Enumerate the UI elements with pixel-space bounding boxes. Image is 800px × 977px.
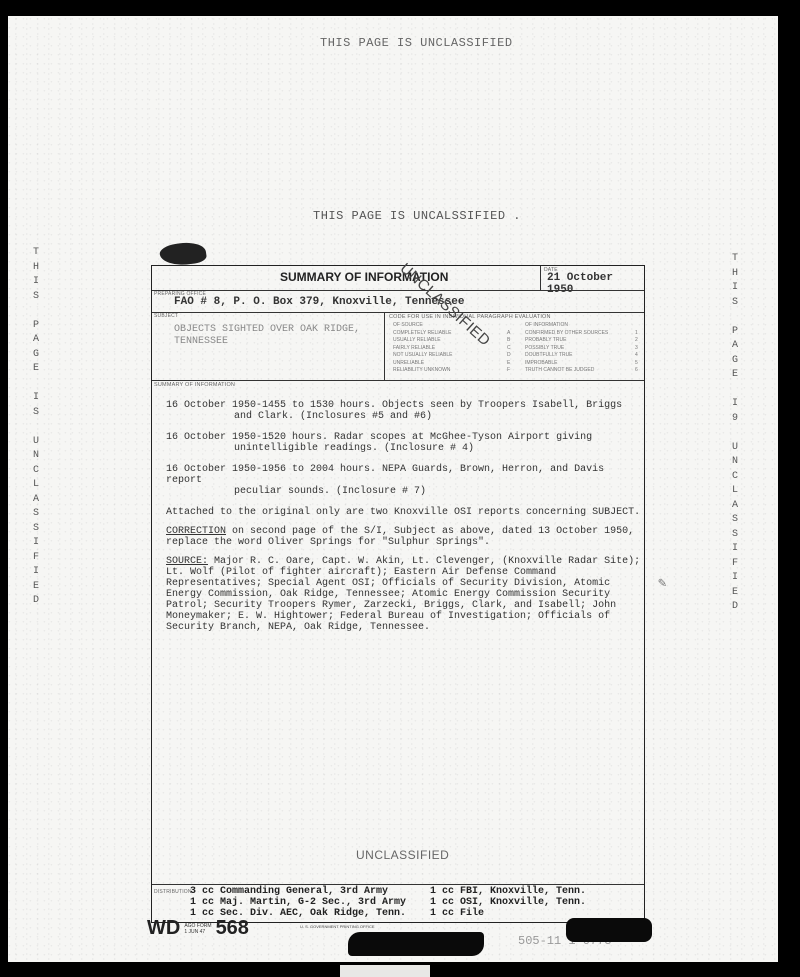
source-item: FAIRLY RELIABLE: [393, 345, 513, 353]
evaluation-code-box: CODE FOR USE IN INDIVIDUAL PARAGRAPH EVA…: [384, 312, 647, 380]
redaction-mark: [348, 932, 484, 956]
attached-note: Attached to the original only are two Kn…: [166, 507, 642, 518]
summary-label: SUMMARY OF INFORMATION: [154, 382, 235, 388]
source-code: F: [507, 367, 517, 375]
scan-edge: [778, 0, 800, 977]
subject-value: OBJECTS SIGHTED OVER OAK RIDGE, TENNESSE…: [174, 324, 374, 348]
information-reliability-list: OF INFORMATION CONFIRMED BY OTHER SOURCE…: [525, 322, 635, 375]
source-code: B: [507, 337, 517, 345]
form-wd: WD: [147, 917, 180, 940]
source-code: D: [507, 352, 517, 360]
date-box: DATE 21 October 1950: [540, 266, 645, 290]
left-vertical-stamp: T H I S P A G E I S U N C L A S S I F I …: [29, 246, 43, 609]
source-item: USUALLY RELIABLE: [393, 337, 513, 345]
source-reliability-list: OF SOURCE COMPLETELY RELIABLE USUALLY RE…: [393, 322, 513, 375]
entry-line: and Clark. (Inclosures #5 and #6): [166, 411, 642, 422]
entry-line: 16 October 1950-1520 hours. Radar scopes…: [166, 432, 592, 443]
information-item: CONFIRMED BY OTHER SOURCES: [525, 330, 635, 338]
source-code: C: [507, 345, 517, 353]
entry-line: 16 October 1950-1956 to 2004 hours. NEPA…: [166, 464, 604, 486]
information-code: 5: [635, 360, 645, 368]
information-codes: 1 2 3 4 5 6: [635, 322, 645, 375]
subject-label: SUBJECT: [154, 313, 178, 319]
source-paragraph: SOURCE: Major R. C. Oare, Capt. W. Akin,…: [166, 556, 642, 633]
form-meta-line: 1 JUN 47: [184, 929, 205, 935]
information-code: 6: [635, 367, 645, 375]
preparing-office-value: FAO # 8, P. O. Box 379, Knoxville, Tenne…: [174, 296, 464, 308]
right-vertical-stamp: T H I S P A G E I 9 U N C L A S S I F I …: [728, 252, 742, 615]
scan-bottom-slip: [340, 965, 430, 977]
information-item: DOUBTFULLY TRUE: [525, 352, 635, 360]
source-item: UNRELIABLE: [393, 360, 513, 368]
distribution-label: DISTRIBUTION: [154, 889, 192, 895]
information-code: 4: [635, 352, 645, 360]
source-label: SOURCE:: [166, 556, 208, 567]
sighting-entry: 16 October 1950-1956 to 2004 hours. NEPA…: [166, 464, 642, 497]
sighting-entry: 16 October 1950-1520 hours. Radar scopes…: [166, 432, 642, 454]
entry-line: 16 October 1950-1455 to 1530 hours. Obje…: [166, 400, 622, 411]
redaction-mark: [566, 918, 652, 942]
summary-body: 16 October 1950-1455 to 1530 hours. Obje…: [166, 400, 642, 641]
form-meta: AGO FORM 1 JUN 47: [184, 923, 211, 935]
information-header: OF INFORMATION: [525, 322, 635, 330]
top-classification-stamp: THIS PAGE IS UNCLASSIFIED: [320, 36, 513, 50]
source-item: NOT USUALLY RELIABLE: [393, 352, 513, 360]
information-item: POSSIBLY TRUE: [525, 345, 635, 353]
source-text: Major R. C. Oare, Capt. W. Akin, Lt. Cle…: [166, 556, 640, 633]
information-code: 3: [635, 345, 645, 353]
pencil-mark-icon: ✎: [658, 575, 666, 592]
information-item: IMPROBABLE: [525, 360, 635, 368]
information-code: 1: [635, 330, 645, 338]
information-item: PROBABLY TRUE: [525, 337, 635, 345]
entry-line: peculiar sounds. (Inclosure # 7): [166, 486, 642, 497]
sighting-entry: 16 October 1950-1455 to 1530 hours. Obje…: [166, 400, 642, 422]
information-code: 2: [635, 337, 645, 345]
subject-row: SUBJECT OBJECTS SIGHTED OVER OAK RIDGE, …: [152, 312, 644, 381]
distribution-list-left: 3 cc Commanding General, 3rd Army 1 cc M…: [190, 886, 406, 919]
correction-text: on second page of the S/I, Subject as ab…: [166, 526, 634, 548]
source-code: A: [507, 330, 517, 338]
summary-form: SUMMARY OF INFORMATION DATE 21 October 1…: [151, 265, 645, 923]
correction-label: CORRECTION: [166, 526, 226, 537]
distribution-list-right: 1 cc FBI, Knoxville, Tenn. 1 cc OSI, Kno…: [430, 886, 586, 919]
form-identifier: WD AGO FORM 1 JUN 47 568: [147, 917, 249, 940]
information-item: TRUTH CANNOT BE JUDGED: [525, 367, 635, 375]
preparing-office-row: PREPARING OFFICE FAO # 8, P. O. Box 379,…: [152, 290, 644, 313]
source-item: RELIABILITY UNKNOWN: [393, 367, 513, 375]
correction-paragraph: CORRECTION on second page of the S/I, Su…: [166, 526, 642, 548]
source-codes: A B C D E F: [507, 322, 517, 375]
source-code: E: [507, 360, 517, 368]
source-item: COMPLETELY RELIABLE: [393, 330, 513, 338]
printing-office-imprint: U. S. GOVERNMENT PRINTING OFFICE: [300, 924, 375, 929]
middle-classification-stamp: THIS PAGE IS UNCALSSIFIED .: [313, 209, 521, 223]
form-number: 568: [216, 917, 249, 940]
entry-line: unintelligible readings. (Inclosure # 4): [166, 443, 642, 454]
bottom-classification-stamp: UNCLASSIFIED: [356, 848, 449, 862]
